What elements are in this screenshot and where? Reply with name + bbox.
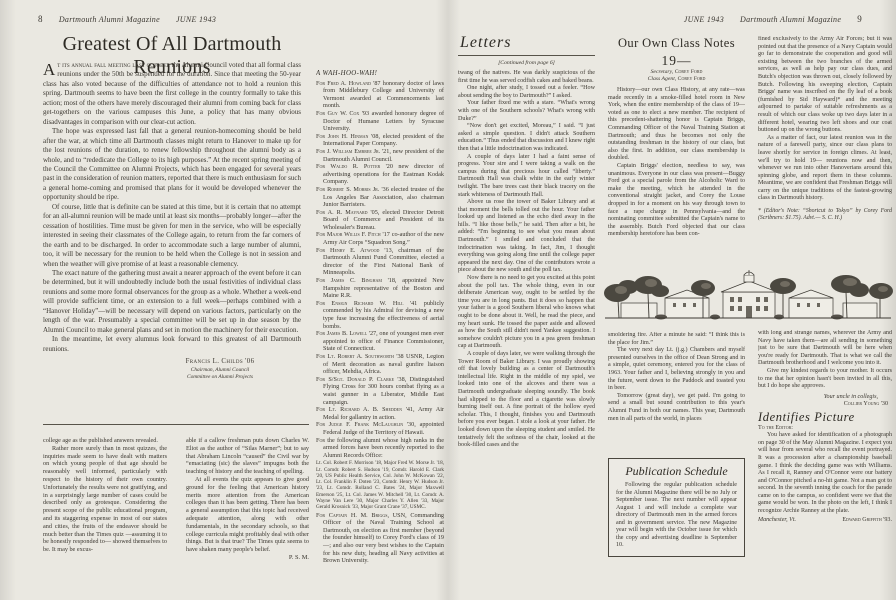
letter-paragraph: “Now don't get excited, Moreau,” I said.… xyxy=(458,123,595,153)
letter-paragraph: Now there is no need to get you excited … xyxy=(458,275,595,351)
wahoo-item-lead: For James B. Lowell '27, xyxy=(316,330,378,337)
signature-name: Francis L. Childs '06 xyxy=(145,357,295,366)
wahoo-item: For the following alumni whose high rank… xyxy=(316,437,444,460)
quiz-paragraph: college age as the published answers rev… xyxy=(43,437,167,445)
wahoo-item: For Fred A. Howland '87 honorary doctor … xyxy=(316,80,444,110)
quiz-byline: P. S. M. xyxy=(186,554,309,562)
article-paragraph: The exact nature of the gathering must a… xyxy=(43,269,301,335)
secretary-line: Secretary, Corey Ford xyxy=(608,69,745,76)
lead-small-caps: t its annual fall meeting last october xyxy=(57,61,170,69)
class-notes-section: Our Own Class Notes 19— Secretary, Corey… xyxy=(608,36,745,270)
quiz-paragraph: able if a callow freshman puts down Char… xyxy=(186,437,309,476)
wahoo-item: For Lt. Richard A. B. Shedden '41, Army … xyxy=(316,406,444,421)
letter-paragraph: One night, after study, I tossed out a f… xyxy=(458,85,595,100)
class-agent-label: Class Agent, xyxy=(648,76,677,82)
ranks-fine-print: Lt. Col. Robert F. Morrison '18, Major F… xyxy=(316,460,444,510)
quiz-paragraph: Rather more surely than in most quizzes,… xyxy=(43,445,167,554)
magazine-title: Dartmouth Alumni Magazine xyxy=(59,15,160,24)
wahoo-item-lead: For Waldo R. Potter '20 xyxy=(316,163,393,170)
publication-schedule-box: Publication Schedule Following the regul… xyxy=(608,458,745,557)
wahoo-item: For James C. Bingham '18, appointed New … xyxy=(316,277,444,300)
class-notes-paragraph: Captain Briggs' election, needless to sa… xyxy=(608,163,745,239)
article-paragraph: The hope was expressed last fall that a … xyxy=(43,127,301,203)
wahoo-item: For Lt. Robert A. Southworth '38 USNR, L… xyxy=(316,353,444,376)
class-notes-paragraph: Give my kindest regards to your mother. … xyxy=(758,368,892,391)
wahoo-item-lead: For Lt. Robert A. Southworth '38 USNR, xyxy=(316,353,424,360)
class-notes-paragraph: with long and strange names, wherever th… xyxy=(758,330,892,368)
class-notes-paragraph: fined exclusively to the Army Air Forces… xyxy=(758,36,892,135)
wahoo-item-lead: For Lt. Richard A. B. Shedden '41, xyxy=(316,406,415,413)
wahoo-item-lead: For John H. Hinman '08, xyxy=(316,133,380,140)
identifies-picture-body: You have asked for identification of a p… xyxy=(758,432,892,516)
class-notes-paragraph: Tomorrow (great day), we get paid. I'm g… xyxy=(608,393,745,423)
signature-role: Chairman, Alumni Council xyxy=(145,367,295,374)
wahoo-item-lead: For James C. Bingham '18, xyxy=(316,277,396,284)
salutation: To the Editor: xyxy=(758,425,892,433)
wahoo-item: For Henry E. Atwood '13, chairman of the… xyxy=(316,247,444,277)
article-lead-paragraph: At its annual fall meeting last october … xyxy=(43,61,301,127)
secretary-label: Secretary, xyxy=(651,69,674,75)
drop-cap: A xyxy=(43,61,57,77)
right-page-number: 9 xyxy=(857,14,862,24)
wahoo-item: For James B. Lowell '27, one of youngest… xyxy=(316,330,444,353)
quiz-article-column-2: able if a callow freshman puts down Char… xyxy=(186,437,309,595)
letter-paragraph: A couple of days later, we were walking … xyxy=(458,351,595,450)
wahoo-item-lead: For Henry E. Atwood '13, xyxy=(316,247,393,254)
class-notes-heading: Our Own Class Notes xyxy=(608,36,745,51)
wahoo-item-lead: For Fred A. Howland '87 xyxy=(316,80,381,87)
wahoo-item-lead: For Ensign Richard W. Hill '41 xyxy=(316,300,417,307)
magazine-spread: 8 Dartmouth Alumni Magazine JUNE 1943 Gr… xyxy=(0,0,896,600)
continued-from-note: [Continued from page 6] xyxy=(458,60,595,66)
secretary-name: Corey Ford xyxy=(675,69,703,75)
magazine-title: Dartmouth Alumni Magazine xyxy=(740,15,841,24)
wahoo-item-lead: For Major Willis F. Fitch '17 xyxy=(316,231,390,238)
wahoo-item: For Robert S. Morris Jr. '36 elected tru… xyxy=(316,186,444,209)
article-signature: Francis L. Childs '06 Chairman, Alumni C… xyxy=(145,357,295,380)
letter-paragraph: Above us rose the tower of Baker Library… xyxy=(458,199,595,275)
wahoo-item: For A. R. Maynard '05, elected Director … xyxy=(316,209,444,232)
wah-hoo-wah-column: A WAH-HOO-WAH! For Fred A. Howland '87 h… xyxy=(316,70,444,586)
wahoo-item-lead: For Judge F. Frank McLaughlin '30, xyxy=(316,421,416,428)
issue-date: JUNE 1943 xyxy=(176,15,216,24)
wahoo-item: For Guy W. Cox '93 awarded honorary degr… xyxy=(316,110,444,133)
letter-signer: Edward Griffith '93. xyxy=(842,517,892,525)
identifies-signature-row: Manchester, Vt. Edward Griffith '93. xyxy=(758,517,892,525)
publication-schedule-body: Following the regular publication schedu… xyxy=(616,482,737,550)
wah-hoo-wah-heading: A WAH-HOO-WAH! xyxy=(316,70,444,78)
identifies-picture-heading: Identifies Picture xyxy=(758,414,892,422)
letters-rule xyxy=(458,55,595,56)
wahoo-item-lead: For S/Sgt. Donald P. Clarke '38, xyxy=(316,376,406,383)
wahoo-item: For John H. Hinman '08, elected presiden… xyxy=(316,133,444,148)
editors-note: * (Editor's Note: “Shortcut to Tokyo” by… xyxy=(758,208,892,222)
class-notes-column-3: fined exclusively to the Army Air Forces… xyxy=(758,36,892,264)
reunions-article: At its annual fall meeting last october … xyxy=(43,61,301,419)
quiz-article-column-1: college age as the published answers rev… xyxy=(43,437,167,587)
article-paragraph: In the meantime, let every alumnus look … xyxy=(43,335,301,354)
wahoo-item-lead: For A. R. Maynard '05, xyxy=(316,209,379,216)
letter-paragraph: Your father fixed me with a stare. “What… xyxy=(458,100,595,123)
wahoo-item-lead: For xyxy=(316,437,325,444)
article-paragraph: Of course, little that is definite can b… xyxy=(43,203,301,269)
class-notes-paragraph: As a matter of fact, our latest reunion … xyxy=(758,135,892,203)
wahoo-item: For Waldo R. Potter '20 new director of … xyxy=(316,163,444,186)
letter-paragraph: A couple of days later I had a faint sen… xyxy=(458,154,595,200)
quiz-paragraph: At all events the quiz appears to give g… xyxy=(186,476,309,554)
wahoo-item-text: the following alumni whose high ranks in… xyxy=(323,437,444,459)
right-page-header: JUNE 1943 Dartmouth Alumni Magazine 9 xyxy=(684,14,862,24)
class-year: 19— xyxy=(608,53,745,69)
letter-place: Manchester, Vt. xyxy=(758,517,796,525)
wahoo-item-briggs: For Captain H. M. Briggs, USN, Commandin… xyxy=(316,512,444,565)
wahoo-item: For Major Willis F. Fitch '17 co-author … xyxy=(316,231,444,246)
left-page-number: 8 xyxy=(38,14,43,24)
class-notes-continued: smoldering fire. After a minute he said:… xyxy=(608,332,745,450)
letters-heading: Letters xyxy=(458,34,595,52)
wahoo-item: For J. William Embree Jr. '21, new presi… xyxy=(316,148,444,163)
letter-closing: Your uncle in collegis, xyxy=(758,394,892,402)
campus-illustration xyxy=(603,268,893,324)
wahoo-item: For Judge F. Frank McLaughlin '30, appoi… xyxy=(316,421,444,436)
class-notes-paragraph: smoldering fire. After a minute he said:… xyxy=(608,332,745,347)
campus-illustration-svg xyxy=(603,268,893,324)
class-notes-paragraph: History—our own Class History, at any ra… xyxy=(608,87,745,163)
letter-paragraph: twang of the natives. He was darkly susp… xyxy=(458,70,595,85)
class-notes-paragraph: The very next day Lt. (j.g.) Chambers an… xyxy=(608,347,745,393)
issue-date: JUNE 1943 xyxy=(684,15,724,24)
wahoo-item-lead: For Robert S. Morris Jr. '36 xyxy=(316,186,389,193)
lead-text: the Alumni Council voted that all formal… xyxy=(43,61,301,126)
class-agent-name: Corey Ford xyxy=(678,76,706,82)
column-3-bottom: with long and strange names, wherever th… xyxy=(758,330,892,596)
wahoo-item: For S/Sgt. Donald P. Clarke '38, Disting… xyxy=(316,376,444,406)
wahoo-item-lead: For Guy W. Cox '93 xyxy=(316,110,369,117)
wahoo-item-lead: For Captain H. M. Briggs, USN, xyxy=(316,512,407,519)
letter-signature: Collier Young '30 xyxy=(758,401,892,409)
publication-schedule-heading: Publication Schedule xyxy=(616,464,737,479)
signature-role: Committee on Alumni Projects xyxy=(145,374,295,381)
class-agent-line: Class Agent, Corey Ford xyxy=(608,76,745,83)
wahoo-item: For Ensign Richard W. Hill '41 publicly … xyxy=(316,300,444,330)
left-page-header: 8 Dartmouth Alumni Magazine JUNE 1943 xyxy=(38,14,216,24)
wahoo-item-text: Commanding Officer of the Naval Training… xyxy=(323,512,444,565)
section-divider-rule xyxy=(43,424,309,425)
wahoo-item-lead: For J. William Embree Jr. '21, xyxy=(316,148,391,155)
letters-section: Letters [Continued from page 6] twang of… xyxy=(458,34,595,594)
